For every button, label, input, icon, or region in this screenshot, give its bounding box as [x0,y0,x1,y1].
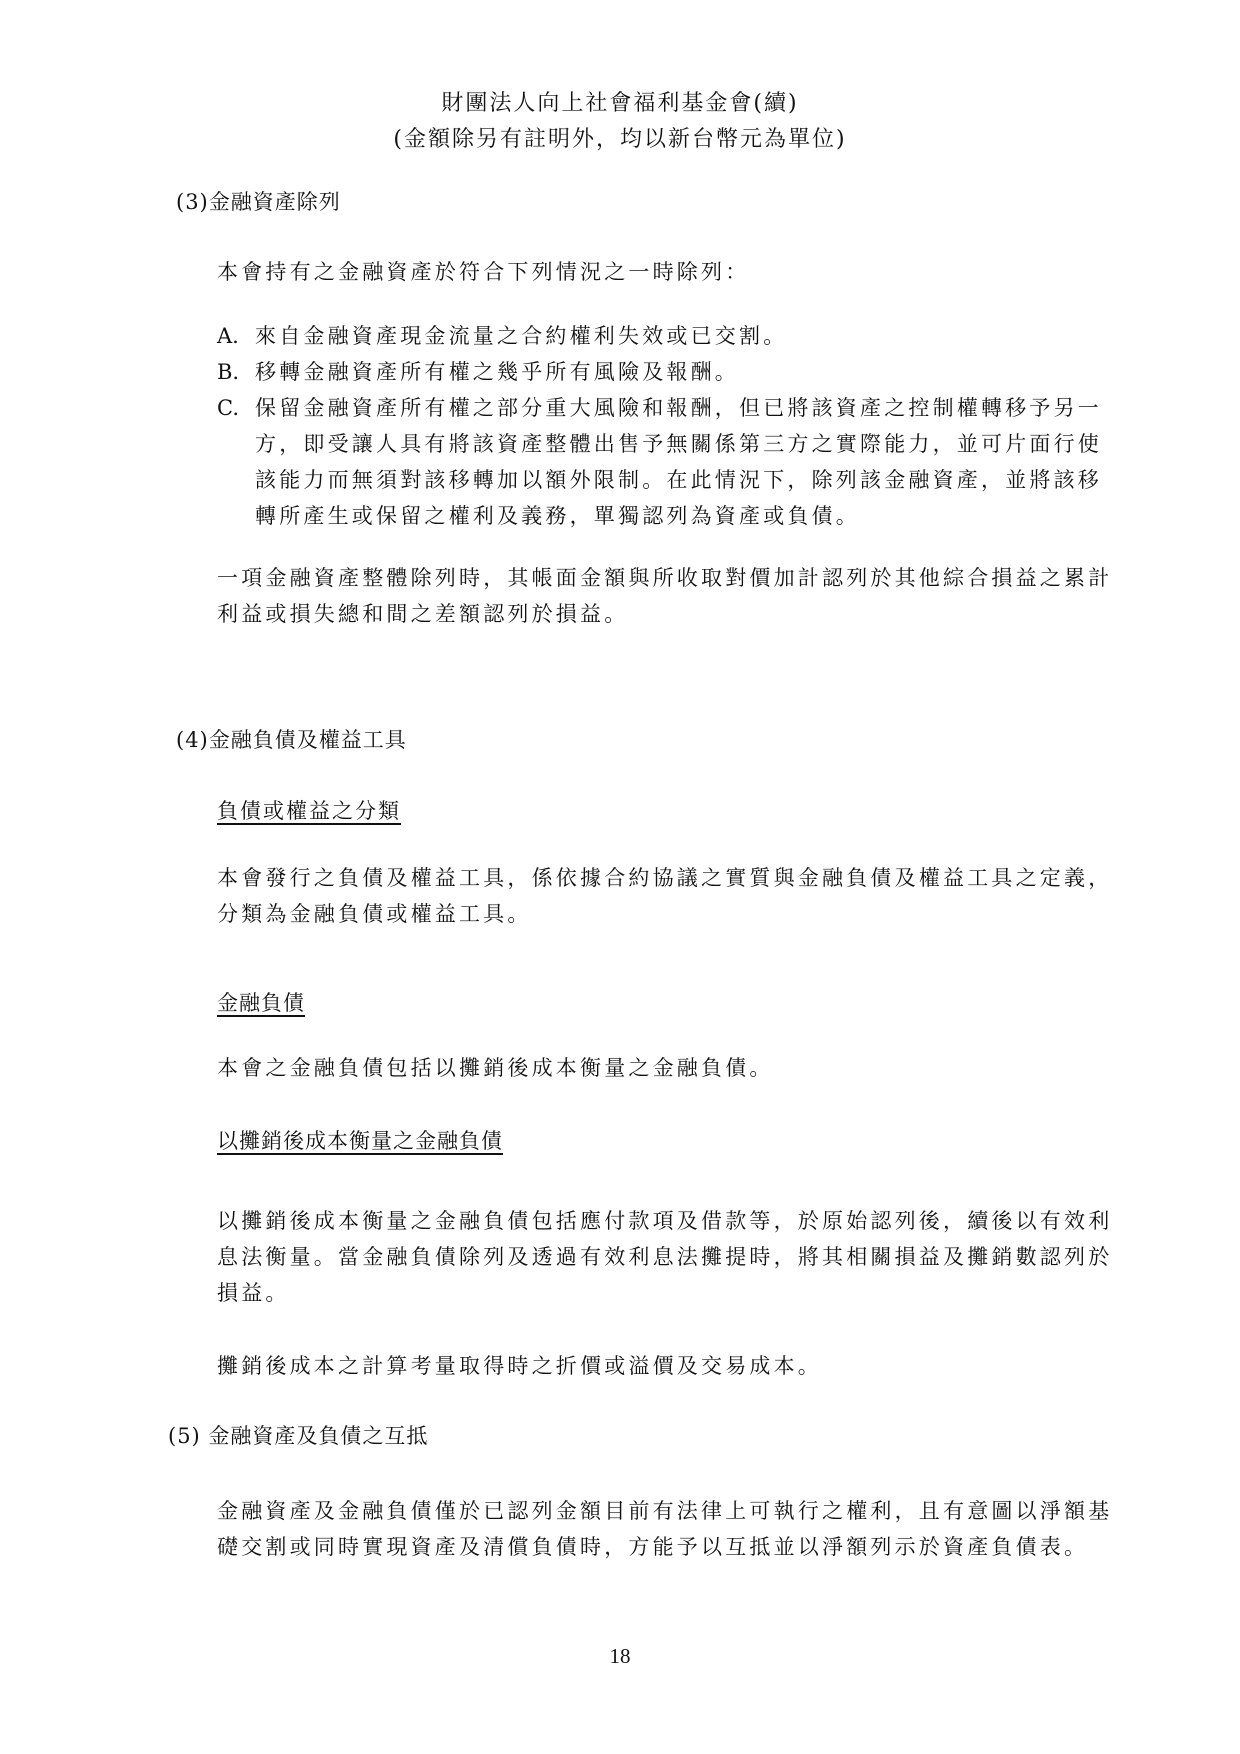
subsection-amortized-cost-text-2: 攤銷後成本之計算考量取得時之折價或溢價及交易成本。 [217,1348,1117,1384]
subsection-amortized-cost-text: 以攤銷後成本衡量之金融負債包括應付款項及借款等，於原始認列後，續後以有效利息法衡… [217,1203,1117,1311]
document-title: 財團法人向上社會福利基金會(續) [0,86,1240,117]
subsection-financial-liabilities-text: 本會之金融負債包括以攤銷後成本衡量之金融負債。 [217,1050,1117,1086]
document-subtitle: (金額除另有註明外，均以新台幣元為單位) [0,122,1240,153]
list-item-a: A.來自金融資產現金流量之合約權利失效或已交割。 [217,318,787,354]
subsection-classification-title: 負債或權益之分類 [217,795,401,825]
section-4-heading: (4)金融負債及權益工具 [176,724,407,754]
list-item-text: 來自金融資產現金流量之合約權利失效或已交割。 [255,324,787,348]
section-3-intro: 本會持有之金融資產於符合下列情況之一時除列： [217,256,749,286]
subsection-classification-text: 本會發行之負債及權益工具，係依據合約協議之實質與金融負債及權益工具之定義，分類為… [217,860,1117,932]
list-item-text: 移轉金融資產所有權之幾乎所有風險及報酬。 [255,360,739,384]
section-5-text: 金融資產及金融負債僅於已認列金額目前有法律上可執行之權利，且有意圖以淨額基礎交割… [217,1493,1117,1565]
section-3-closing: 一項金融資產整體除列時，其帳面金額與所收取對價加計認列於其他綜合損益之累計利益或… [217,560,1117,632]
section-3-heading: (3)金融資產除列 [176,186,341,216]
subsection-amortized-cost-title: 以攤銷後成本衡量之金融負債 [217,1125,503,1155]
list-marker: C. [217,390,255,426]
page-number: 18 [0,1644,1240,1669]
list-item-b: B.移轉金融資產所有權之幾乎所有風險及報酬。 [217,354,739,390]
list-item-text: 保留金融資產所有權之部分重大風險和報酬，但已將該資產之控制權轉移予另一方，即受讓… [217,390,1117,534]
subsection-financial-liabilities-title: 金融負債 [217,987,305,1017]
list-marker: B. [217,354,255,390]
list-item-c: C. 保留金融資產所有權之部分重大風險和報酬，但已將該資產之控制權轉移予另一方，… [217,390,1117,534]
list-marker: A. [217,318,255,354]
section-5-heading: (5) 金融資產及負債之互抵 [168,1420,428,1450]
